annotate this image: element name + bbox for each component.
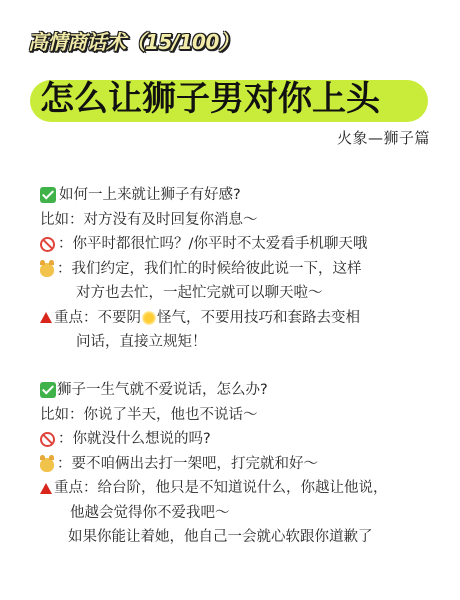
question-line: 如何一上来就让狮子有好感? bbox=[40, 183, 367, 208]
example-line: 比如： 对方没有及时回复你消息～ bbox=[40, 208, 367, 233]
key-point-continuation: 问话，直接立规矩！ bbox=[40, 330, 367, 355]
bad-reply-text: ：你平时都很忙吗？/你平时不太爱看手机聊天哦 bbox=[58, 232, 367, 257]
sun-icon bbox=[142, 311, 156, 325]
bad-reply-text: ：你就没什么想说的吗? bbox=[58, 427, 211, 452]
bad-reply-line: ：你就没什么想说的吗? bbox=[40, 427, 388, 452]
example-line: 比如： 你说了半天，他也不说话～ bbox=[40, 403, 388, 428]
key-label: 重点： bbox=[54, 306, 98, 331]
key-text-3: 如果你能让着她，他自己一会就心软跟你道歉了 bbox=[68, 525, 373, 550]
cat-face-icon bbox=[40, 263, 54, 277]
check-mark-icon bbox=[40, 382, 56, 398]
key-label: 重点： bbox=[54, 476, 98, 501]
good-reply-text: ：我们约定，我们忙的时候给彼此说一下，这样 bbox=[57, 257, 362, 282]
key-point-line: 重点： 给台阶，他只是不知道说什么，你越让他说， bbox=[40, 476, 388, 501]
key-point-continuation-2: 如果你能让着她，他自己一会就心软跟你道歉了 bbox=[40, 525, 388, 550]
bad-reply-line: ：你平时都很忙吗？/你平时不太爱看手机聊天哦 bbox=[40, 232, 367, 257]
good-reply-continuation: 对方也去忙，一起忙完就可以聊天啦～ bbox=[40, 281, 367, 306]
example-label: 比如： bbox=[40, 208, 84, 233]
red-triangle-icon bbox=[40, 483, 52, 494]
good-reply-line: ：要不咱俩出去打一架吧，打完就和好～ bbox=[40, 452, 388, 477]
prohibited-icon bbox=[40, 237, 55, 252]
series-title: 高情商话术（15/100） bbox=[28, 26, 238, 55]
key-text-part-b: 怪气，不要用技巧和套路去变相 bbox=[157, 306, 360, 331]
check-mark-icon bbox=[40, 187, 56, 203]
red-triangle-icon bbox=[40, 312, 52, 323]
good-reply-line: ：我们约定，我们忙的时候给彼此说一下，这样 bbox=[40, 257, 367, 282]
good-reply-text-2: 对方也去忙，一起忙完就可以聊天啦～ bbox=[76, 281, 323, 306]
tip-section-2: 狮子一生气就不爱说话，怎么办? 比如： 你说了半天，他也不说话～ ：你就没什么想… bbox=[40, 378, 388, 550]
key-text-1: 给台阶，他只是不知道说什么，你越让他说， bbox=[98, 476, 388, 501]
example-text: 对方没有及时回复你消息～ bbox=[84, 208, 258, 233]
question-line: 狮子一生气就不爱说话，怎么办? bbox=[40, 378, 388, 403]
question-text: 如何一上来就让狮子有好感? bbox=[59, 183, 241, 208]
prohibited-icon bbox=[40, 432, 55, 447]
tip-section-1: 如何一上来就让狮子有好感? 比如： 对方没有及时回复你消息～ ：你平时都很忙吗？… bbox=[40, 183, 367, 355]
question-text: 狮子一生气就不爱说话，怎么办? bbox=[57, 378, 268, 403]
key-text-2: 问话，直接立规矩！ bbox=[76, 330, 207, 355]
example-text: 你说了半天，他也不说话～ bbox=[84, 403, 258, 428]
key-point-continuation: 他越会觉得你不爱我吧～ bbox=[40, 501, 388, 526]
key-text-2: 他越会觉得你不爱我吧～ bbox=[70, 501, 230, 526]
example-label: 比如： bbox=[40, 403, 84, 428]
good-reply-text: ：要不咱俩出去打一架吧，打完就和好～ bbox=[57, 452, 318, 477]
page-title: 怎么让狮子男对你上头 bbox=[40, 74, 380, 124]
key-text-part-a: 不要阴 bbox=[98, 306, 142, 331]
key-point-line: 重点： 不要阴 怪气，不要用技巧和套路去变相 bbox=[40, 306, 367, 331]
cat-face-icon bbox=[40, 458, 54, 472]
subtitle: 火象—狮子篇 bbox=[337, 127, 430, 148]
